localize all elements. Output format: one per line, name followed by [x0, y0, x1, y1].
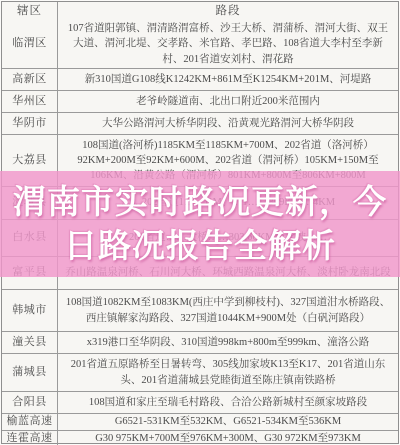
table-row: 大荔县108国道(洛河桥)1185KM至1185KM+700M、202省道（洛河… — [2, 134, 398, 186]
roads-cell: 108国道1082KM至1083KM(西庄中学到柳枝村)、327国道泔水桥路段、… — [58, 290, 398, 331]
screenshot-root: 辖区 路段 临渭区107省道阳郭镇、渭清路渭富桥、沙王大桥、渭蒲桥、渭河大街、双… — [0, 0, 400, 445]
roads-cell: G6521-531KM至532KM、G6521-534KM至536KM — [58, 414, 398, 430]
roads-cell: 108国道(洛河桥)1185KM至1185KM+700M、202省道（洛河桥）9… — [58, 135, 398, 186]
district-cell: 华阴市 — [2, 113, 58, 134]
table-row: 连霍高速G30 975KM+700M至976KM+300M、G30 972KM至… — [2, 430, 398, 445]
district-cell: 榆蓝高速 — [2, 414, 58, 430]
district-cell: 富平县 — [2, 257, 58, 289]
header-district: 辖区 — [2, 2, 58, 20]
district-cell: 潼关县 — [2, 332, 58, 353]
district-cell: 大荔县 — [2, 135, 58, 186]
roads-cell: 新310国道G108线K1242KM+861M至K1254KM+201M、河堤路 — [58, 69, 398, 90]
table-row: 临渭区107省道阳郭镇、渭清路渭富桥、沙王大桥、渭蒲桥、渭河大街、双王大道、渭河… — [2, 20, 398, 68]
roads-cell: 大华公路渭河大桥华阴段、沿黄观光路渭河大桥华阴段 — [58, 113, 398, 134]
table-row: 榆蓝高速G6521-531KM至532KM、G6521-534KM至536KM — [2, 413, 398, 430]
table-row: 澄城县……202省道1……KM、211……309K……4KM — [2, 186, 398, 219]
roads-cell: ……202省道1……KM、211……309K……4KM — [58, 187, 398, 219]
district-cell: 临渭区 — [2, 20, 58, 68]
roads-cell: 老爷岭隧道南、北出口附近200米范围内 — [58, 91, 398, 112]
district-cell: 华州区 — [2, 91, 58, 112]
table-row: 韩城市108国道1082KM至1083KM(西庄中学到柳枝村)、327国道泔水桥… — [2, 289, 398, 331]
table-row: 白水县201省道……大桥……303.66KM至北坡…… — [2, 219, 398, 256]
roads-cell: x319港口至华阴段、310国道998km+800m至999km、潼洛公路 — [58, 332, 398, 353]
header-roads: 路段 — [58, 2, 398, 20]
table-row: 华州区老爷岭隧道南、北出口附近200米范围内 — [2, 90, 398, 112]
table-row: 合阳县108国道和家庄至瑞毛村路段、合洽公路新城村至颜家坡路段 — [2, 391, 398, 413]
district-cell: 连霍高速 — [2, 431, 58, 445]
district-cell: 蒲城县 — [2, 354, 58, 391]
district-cell: 韩城市 — [2, 290, 58, 331]
roads-cell: G30 975KM+700M至976KM+300M、G30 972KM至973K… — [58, 431, 398, 445]
district-cell: 白水县 — [2, 220, 58, 256]
table-row: 蒲城县201省道五原路桥至日暑转弯、305线加家坡K13至K17、201省道山东… — [2, 353, 398, 391]
table-row: 富平县乔山路温泉河桥、石川河大桥、环城西路温泉河大桥、淡村卧龙南北段 — [2, 256, 398, 289]
roads-cell: 乔山路温泉河桥、石川河大桥、环城西路温泉河大桥、淡村卧龙南北段 — [58, 257, 398, 289]
table-row: 潼关县x319港口至华阴段、310国道998km+800m至999km、潼洛公路 — [2, 331, 398, 353]
table-row: 华阴市大华公路渭河大桥华阴段、沿黄观光路渭河大桥华阴段 — [2, 112, 398, 134]
roads-cell: 201省道五原路桥至日暑转弯、305线加家坡K13至K17、201省道山东头、2… — [58, 354, 398, 391]
table-row: 高新区新310国道G108线K1242KM+861M至K1254KM+201M、… — [2, 68, 398, 90]
district-cell: 澄城县 — [2, 187, 58, 219]
district-cell: 高新区 — [2, 69, 58, 90]
table-header-row: 辖区 路段 — [2, 2, 398, 20]
district-cell: 合阳县 — [2, 392, 58, 413]
road-conditions-table: 辖区 路段 临渭区107省道阳郭镇、渭清路渭富桥、沙王大桥、渭蒲桥、渭河大街、双… — [1, 1, 399, 444]
roads-cell: 107省道阳郭镇、渭清路渭富桥、沙王大桥、渭蒲桥、渭河大街、双王大道、渭河北堤、… — [58, 20, 398, 68]
roads-cell: 201省道……大桥……303.66KM至北坡…… — [58, 220, 398, 256]
roads-cell: 108国道和家庄至瑞毛村路段、合洽公路新城村至颜家坡路段 — [58, 392, 398, 413]
